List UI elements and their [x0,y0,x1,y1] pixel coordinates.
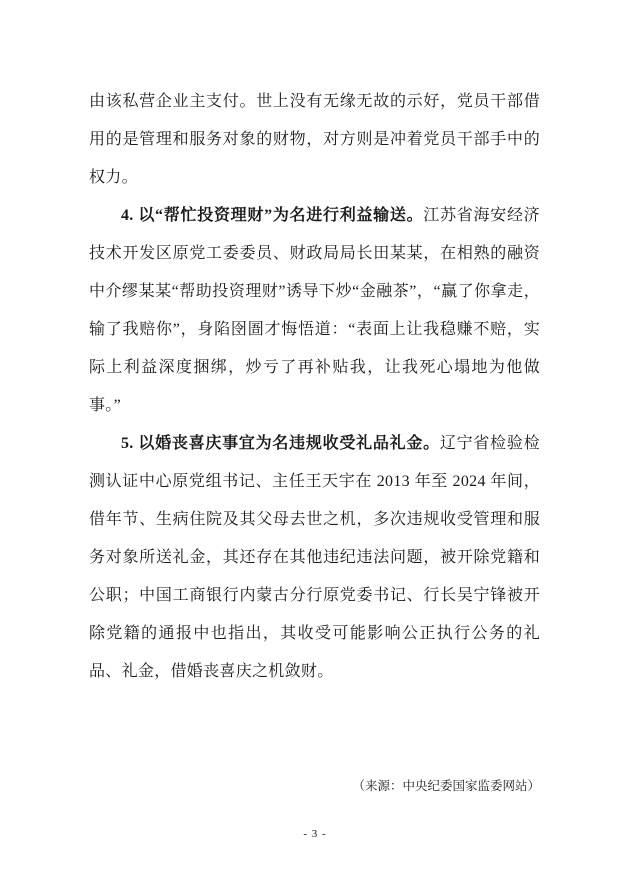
paragraph-continuation: 由该私营企业主支付。世上没有无缘无故的示好，党员干部借用的是管理和服务对象的财物… [89,83,540,197]
paragraph-text: 由该私营企业主支付。世上没有无缘无故的示好，党员干部借用的是管理和服务对象的财物… [89,93,540,186]
document-page: 由该私营企业主支付。世上没有无缘无故的示好，党员干部借用的是管理和服务对象的财物… [0,0,630,869]
source-attribution: （来源：中央纪委国家监委网站） [89,767,540,805]
paragraph-lead: 4. 以“帮忙投资理财”为名进行利益输送。 [121,207,423,224]
document-body: 由该私营企业主支付。世上没有无缘无故的示好，党员干部借用的是管理和服务对象的财物… [89,83,540,805]
paragraph-item-4: 4. 以“帮忙投资理财”为名进行利益输送。江苏省海安经济技术开发区原党工委委员、… [89,197,540,425]
paragraph-text: 江苏省海安经济技术开发区原党工委委员、财政局局长田某某，在相熟的融资中介缪某某“… [89,207,540,414]
paragraph-text: 辽宁省检验检测认证中心原党组书记、主任王天宇在 2013 年至 2024 年间，… [89,435,540,680]
page-number: - 3 - [0,826,630,842]
paragraph-lead: 5. 以婚丧喜庆事宜为名违规收受礼品礼金。 [121,435,440,452]
paragraph-item-5: 5. 以婚丧喜庆事宜为名违规收受礼品礼金。辽宁省检验检测认证中心原党组书记、主任… [89,425,540,691]
